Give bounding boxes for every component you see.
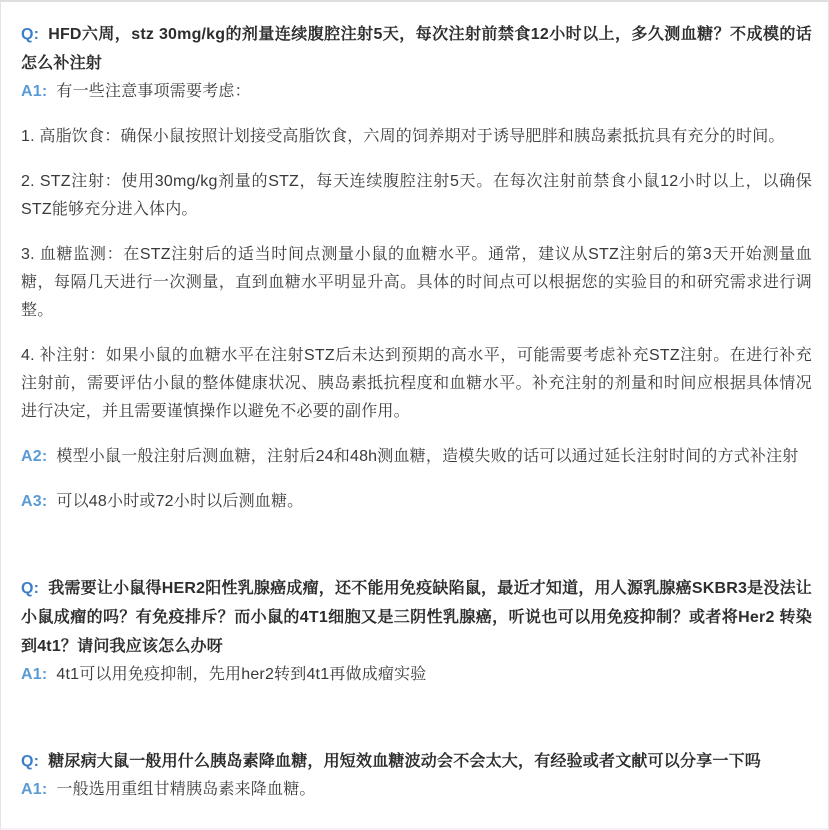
question-label: Q: <box>21 753 39 770</box>
question-text: 我需要让小鼠得HER2阳性乳腺癌成瘤，还不能用免疫缺陷鼠，最近才知道，用人源乳腺… <box>21 580 812 655</box>
qa-session: Q:糖尿病大鼠一般用什么胰岛素降血糖，用短效血糖波动会不会太大，有经验或者文献可… <box>21 747 812 804</box>
point-text: 3. 血糖监测：在STZ注射后的适当时间点测量小鼠的血糖水平。通常，建议从STZ… <box>21 246 812 319</box>
session-items: A1:一般选用重组甘精胰岛素来降血糖。 <box>21 776 812 804</box>
qa-document: Q:HFD六周，stz 30mg/kg的剂量连续腹腔注射5天，每次注射前禁食12… <box>0 0 829 830</box>
answer-text: 4t1可以用免疫抑制，先用her2转到4t1再做成瘤实验 <box>56 666 426 683</box>
answer-label: A2: <box>21 448 47 465</box>
answer-label: A1: <box>21 83 47 100</box>
answer-label: A1: <box>21 666 47 683</box>
answer-row: A1:一般选用重组甘精胰岛素来降血糖。 <box>21 776 812 804</box>
answer-row: A3:可以48小时或72小时以后测血糖。 <box>21 488 812 516</box>
point-text: 2. STZ注射：使用30mg/kg剂量的STZ，每天连续腹腔注射5天。在每次注… <box>21 173 812 218</box>
qa-session: Q:HFD六周，stz 30mg/kg的剂量连续腹腔注射5天，每次注射前禁食12… <box>21 20 812 516</box>
question-row: Q:我需要让小鼠得HER2阳性乳腺癌成瘤，还不能用免疫缺陷鼠，最近才知道，用人源… <box>21 574 812 661</box>
answer-row: A1:有一些注意事项需要考虑： <box>21 78 812 106</box>
question-row: Q:糖尿病大鼠一般用什么胰岛素降血糖，用短效血糖波动会不会太大，有经验或者文献可… <box>21 747 812 776</box>
answer-point: 4. 补注射：如果小鼠的血糖水平在注射STZ后未达到预期的高水平，可能需要考虑补… <box>21 342 812 426</box>
answer-row: A2:模型小鼠一般注射后测血糖，注射后24和48h测血糖，造模失败的话可以通过延… <box>21 443 812 471</box>
qa-session: Q:我需要让小鼠得HER2阳性乳腺癌成瘤，还不能用免疫缺陷鼠，最近才知道，用人源… <box>21 574 812 689</box>
question-label: Q: <box>21 26 39 43</box>
question-row: Q:HFD六周，stz 30mg/kg的剂量连续腹腔注射5天，每次注射前禁食12… <box>21 20 812 78</box>
answer-row: A1:4t1可以用免疫抑制，先用her2转到4t1再做成瘤实验 <box>21 661 812 689</box>
question-text: HFD六周，stz 30mg/kg的剂量连续腹腔注射5天，每次注射前禁食12小时… <box>21 26 812 72</box>
point-text: 4. 补注射：如果小鼠的血糖水平在注射STZ后未达到预期的高水平，可能需要考虑补… <box>21 347 812 420</box>
point-text: 1. 高脂饮食：确保小鼠按照计划接受高脂饮食，六周的饲养期对于诱导肥胖和胰岛素抵… <box>21 128 785 145</box>
answer-point: 1. 高脂饮食：确保小鼠按照计划接受高脂饮食，六周的饲养期对于诱导肥胖和胰岛素抵… <box>21 123 812 151</box>
question-label: Q: <box>21 580 39 597</box>
answer-label: A1: <box>21 781 47 798</box>
answer-text: 可以48小时或72小时以后测血糖。 <box>56 493 303 510</box>
answer-text: 一般选用重组甘精胰岛素来降血糖。 <box>56 781 315 798</box>
answer-text: 有一些注意事项需要考虑： <box>56 83 250 100</box>
answer-point: 2. STZ注射：使用30mg/kg剂量的STZ，每天连续腹腔注射5天。在每次注… <box>21 168 812 224</box>
answer-text: 模型小鼠一般注射后测血糖，注射后24和48h测血糖，造模失败的话可以通过延长注射… <box>56 448 798 465</box>
session-items: A1:有一些注意事项需要考虑： 1. 高脂饮食：确保小鼠按照计划接受高脂饮食，六… <box>21 78 812 516</box>
answer-point: 3. 血糖监测：在STZ注射后的适当时间点测量小鼠的血糖水平。通常，建议从STZ… <box>21 241 812 325</box>
answer-label: A3: <box>21 493 47 510</box>
session-items: A1:4t1可以用免疫抑制，先用her2转到4t1再做成瘤实验 <box>21 661 812 689</box>
question-text: 糖尿病大鼠一般用什么胰岛素降血糖，用短效血糖波动会不会太大，有经验或者文献可以分… <box>48 753 761 770</box>
